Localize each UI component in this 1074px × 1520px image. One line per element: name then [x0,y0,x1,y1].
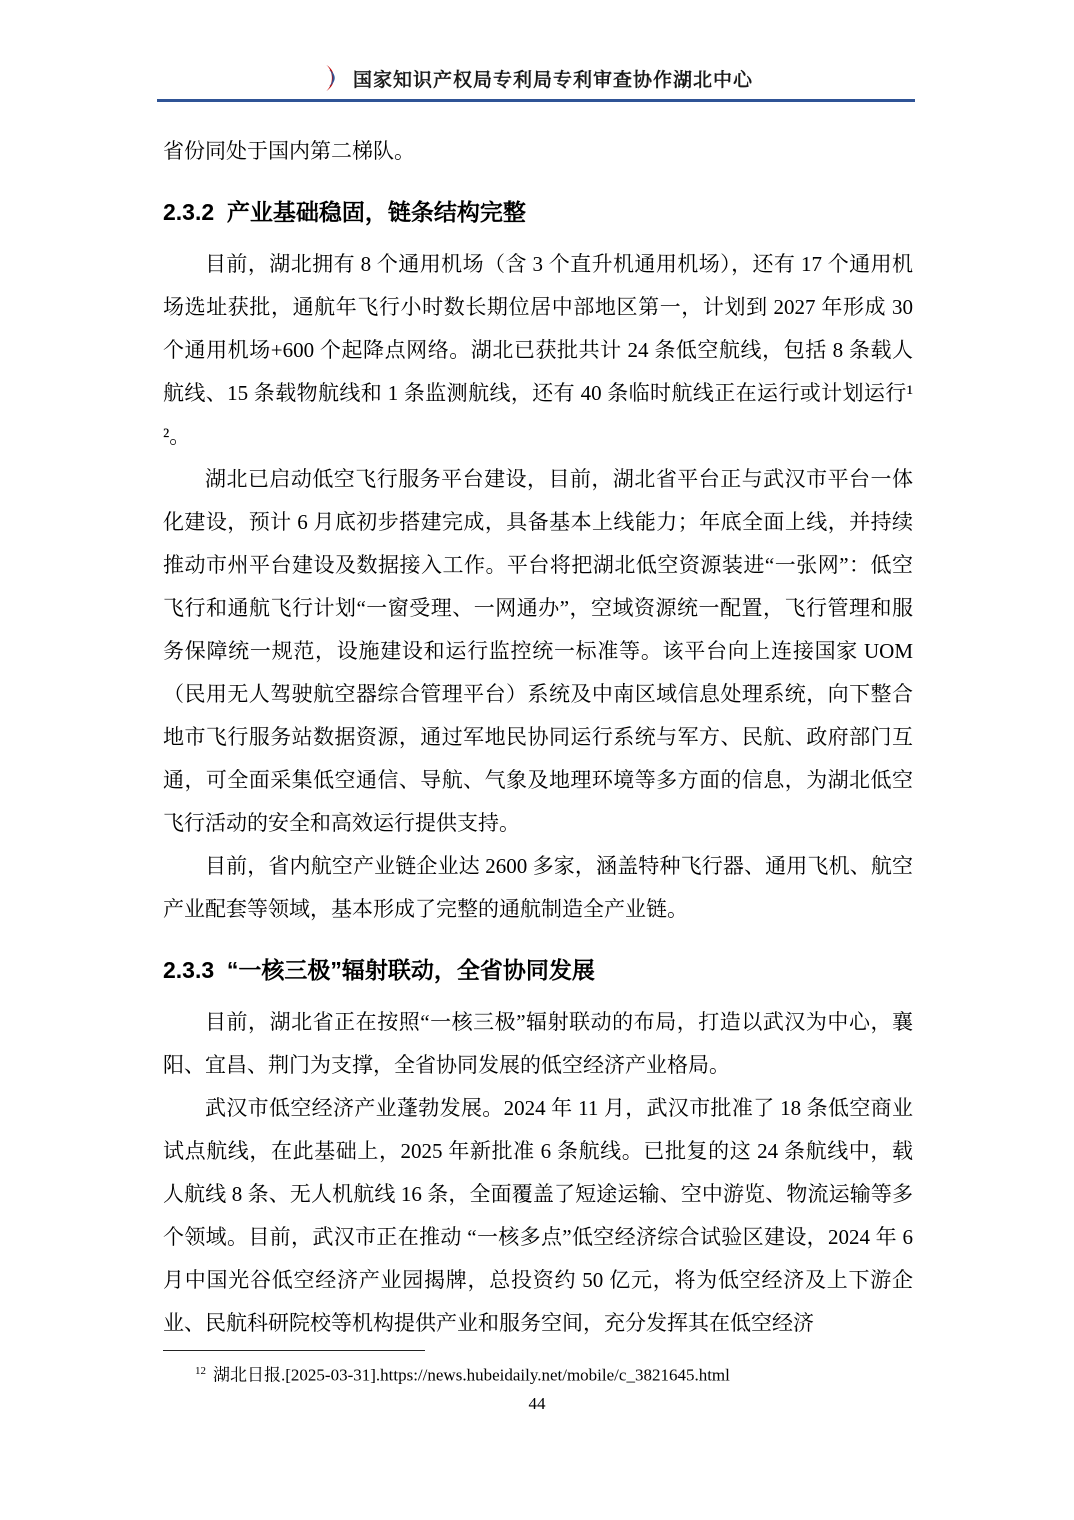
sipo-logo-icon [319,64,343,92]
page-number: 44 [0,1394,1074,1414]
footnote-text: 湖北日报.[2025-03-31].https://news.hubeidail… [213,1366,730,1385]
paragraph: 目前，湖北拥有 8 个通用机场（含 3 个直升机通用机场），还有 17 个通用机… [163,243,913,458]
document-body: 省份同处于国内第二梯队。 2.3.2 产业基础稳固，链条结构完整 目前，湖北拥有… [163,130,913,1345]
footnote: 12湖北日报.[2025-03-31].https://news.hubeida… [163,1359,913,1388]
page-header: 国家知识产权局专利局专利审查协作湖北中心 [157,64,915,102]
section-heading-2-3-3: 2.3.3 “一核三极”辐射联动，全省协同发展 [163,952,913,988]
footnote-marker: 12 [195,1365,206,1377]
header-title: 国家知识产权局专利局专利审查协作湖北中心 [353,65,753,92]
footnote-separator [163,1350,425,1351]
document-page: 国家知识产权局专利局专利审查协作湖北中心 省份同处于国内第二梯队。 2.3.2 … [0,0,1074,1520]
continuation-paragraph: 省份同处于国内第二梯队。 [163,130,913,173]
footnote-area: 12湖北日报.[2025-03-31].https://news.hubeida… [163,1350,913,1388]
paragraph: 湖北已启动低空飞行服务平台建设，目前，湖北省平台正与武汉市平台一体化建设，预计 … [163,458,913,845]
paragraph: 目前，湖北省正在按照“一核三极”辐射联动的布局，打造以武汉为中心，襄阳、宜昌、荆… [163,1001,913,1087]
paragraph: 目前，省内航空产业链企业达 2600 多家，涵盖特种飞行器、通用飞机、航空产业配… [163,845,913,931]
paragraph: 武汉市低空经济产业蓬勃发展。2024 年 11 月，武汉市批准了 18 条低空商… [163,1087,913,1345]
section-heading-2-3-2: 2.3.2 产业基础稳固，链条结构完整 [163,194,913,230]
